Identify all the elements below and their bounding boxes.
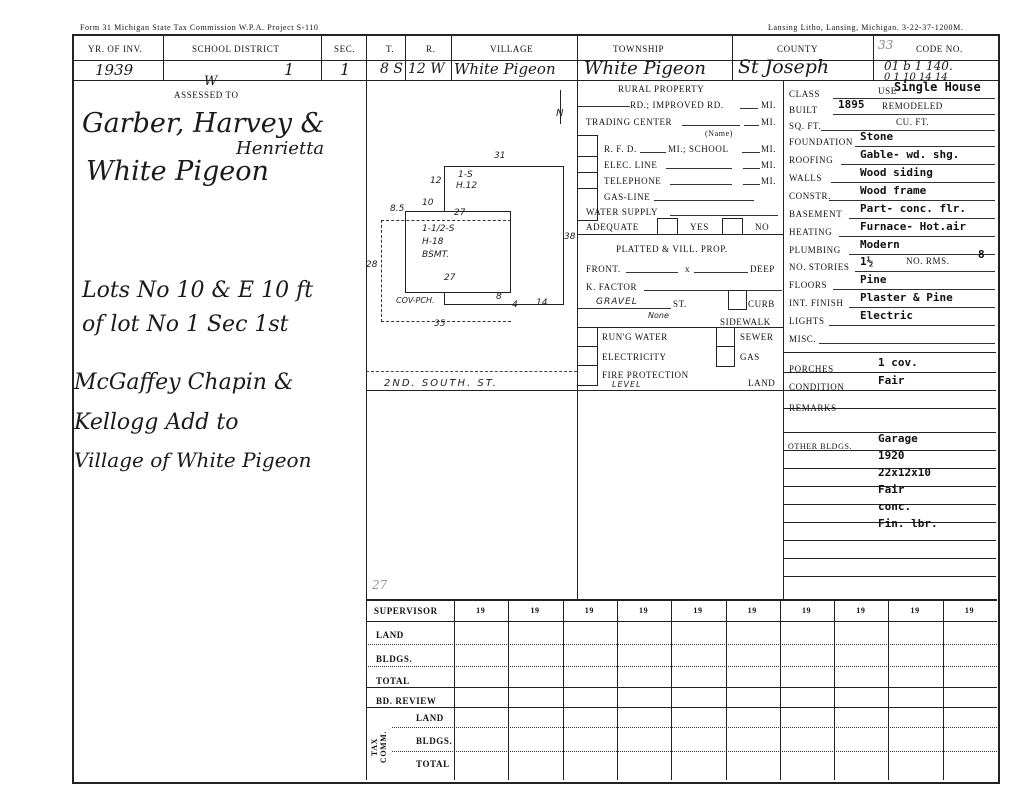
valuation-cell[interactable] xyxy=(728,689,778,705)
value-r: 12 W xyxy=(408,61,445,77)
field-line xyxy=(831,182,995,183)
valuation-cell[interactable] xyxy=(836,729,886,749)
value-county: St Joseph xyxy=(738,56,829,78)
label-yes: YES xyxy=(690,222,709,232)
table-col-line xyxy=(617,599,618,780)
valuation-cell[interactable] xyxy=(890,668,940,685)
valuation-cell[interactable] xyxy=(673,623,723,642)
field-line xyxy=(829,200,995,201)
field-line xyxy=(849,307,995,308)
valuation-cell[interactable] xyxy=(728,668,778,685)
valuation-cell[interactable] xyxy=(890,709,940,725)
valuation-cell[interactable] xyxy=(890,689,940,705)
valuation-cell[interactable] xyxy=(945,646,995,664)
other-bldg-entry[interactable]: conc. xyxy=(878,500,911,513)
value-code-no-1: 01 b 1 140. xyxy=(884,59,953,73)
value-roofing[interactable]: Gable- wd. shg. xyxy=(860,148,959,161)
dim-mid-top: 10 xyxy=(422,198,433,208)
note-main-1: 1-1/2-S xyxy=(422,224,454,234)
value-sidewalk: None xyxy=(648,311,669,320)
valuation-cell[interactable] xyxy=(945,623,995,642)
value-street: GRAVEL xyxy=(596,297,638,307)
valuation-cell[interactable] xyxy=(836,753,886,778)
valuation-cell[interactable] xyxy=(510,709,560,725)
label-bldgs: BLDGS. xyxy=(376,654,412,664)
valuation-cell[interactable] xyxy=(565,729,615,749)
valuation-cell[interactable] xyxy=(782,689,832,705)
checkbox-curb[interactable] xyxy=(728,290,747,310)
label-cu-ft: CU. FT. xyxy=(896,117,929,127)
year-column-header: 19 xyxy=(693,606,702,615)
property-sketch: N 31 12 10 8.5 27 1-S H.12 1-1/2-S H-18 … xyxy=(366,80,577,391)
label-t: T. xyxy=(386,44,394,54)
blank-line xyxy=(744,125,759,126)
valuation-cell[interactable] xyxy=(565,709,615,725)
blank-line xyxy=(640,152,666,153)
blank-line xyxy=(743,168,760,169)
table-col-line xyxy=(563,599,564,780)
col-divider xyxy=(577,34,578,599)
valuation-cell[interactable] xyxy=(836,689,886,705)
label-rd: RD.; IMPROVED RD. xyxy=(630,100,724,110)
note-upper-2: H.12 xyxy=(456,181,477,191)
col-divider xyxy=(451,34,452,80)
rural-title: RURAL PROPERTY xyxy=(618,84,704,94)
label-supervisor: SUPERVISOR xyxy=(374,606,438,616)
table-col-line xyxy=(726,599,727,780)
value-sec: 1 xyxy=(340,60,350,79)
box-divider xyxy=(577,156,597,157)
label-mi: MI. xyxy=(761,100,776,110)
label-foundation: FOUNDATION xyxy=(789,137,853,147)
label-constr: CONSTR. xyxy=(789,191,831,201)
label-trading-center: TRADING CENTER xyxy=(586,117,672,127)
label-assessed-to: ASSESSED TO xyxy=(174,90,239,100)
label-code-no: CODE NO. xyxy=(916,44,963,54)
valuation-cell[interactable] xyxy=(673,729,723,749)
valuation-cell[interactable] xyxy=(673,668,723,685)
value-built[interactable]: 1895 xyxy=(838,98,865,111)
label-lights: LIGHTS xyxy=(789,316,825,326)
street-name: 2ND. SOUTH. ST. xyxy=(384,378,498,389)
label-built: BUILT xyxy=(789,105,818,115)
other-bldg-entry[interactable]: 1920 xyxy=(878,449,905,462)
valuation-cell[interactable] xyxy=(456,729,506,749)
row-line xyxy=(783,540,996,541)
value-code-scribble: 33 xyxy=(878,38,893,52)
valuation-cell[interactable] xyxy=(782,753,832,778)
valuation-cell[interactable] xyxy=(565,646,615,664)
field-line xyxy=(841,164,995,165)
field-line xyxy=(855,146,995,147)
valuation-cell[interactable] xyxy=(945,709,995,725)
valuation-cell[interactable] xyxy=(619,729,669,749)
label-misc: MISC. xyxy=(789,334,816,344)
box-divider xyxy=(577,346,597,347)
label-front: FRONT. xyxy=(586,264,621,274)
valuation-cell[interactable] xyxy=(728,709,778,725)
valuation-cell[interactable] xyxy=(782,668,832,685)
label-remodeled: REMODELED xyxy=(882,101,943,111)
value-t: 8 S xyxy=(380,61,403,77)
valuation-cell[interactable] xyxy=(673,753,723,778)
row-line xyxy=(783,576,996,577)
value-school-district: 1 xyxy=(284,60,294,79)
valuation-cell[interactable] xyxy=(945,753,995,778)
dim-left-upper: 12 xyxy=(430,176,441,186)
blank-line xyxy=(740,108,758,109)
field-line xyxy=(849,218,995,219)
legal-desc-1: Lots No 10 & E 10 ft xyxy=(82,278,313,303)
valuation-cell[interactable] xyxy=(510,623,560,642)
table-col-line xyxy=(888,599,889,780)
col-divider xyxy=(163,34,164,80)
valuation-cell[interactable] xyxy=(782,646,832,664)
valuation-cell[interactable] xyxy=(945,729,995,749)
label-county: COUNTY xyxy=(777,44,818,54)
value-no-stories[interactable]: 1½ xyxy=(860,255,873,268)
valuation-cell[interactable] xyxy=(782,709,832,725)
note-main-3: BSMT. xyxy=(422,250,449,260)
valuation-cell[interactable] xyxy=(565,623,615,642)
blank-line xyxy=(743,184,760,185)
dim-corner: 8.5 xyxy=(390,204,404,214)
valuation-cell[interactable] xyxy=(456,668,506,685)
label-mi: MI. xyxy=(761,117,776,127)
value-village: White Pigeon xyxy=(454,60,556,78)
year-column-header: 19 xyxy=(911,606,920,615)
field-line xyxy=(855,271,995,272)
valuation-cell[interactable] xyxy=(673,646,723,664)
label-sewer: SEWER xyxy=(740,332,774,342)
section-divider xyxy=(577,327,783,328)
valuation-cell[interactable] xyxy=(836,709,886,725)
value-use: Single House xyxy=(894,80,981,94)
label-x: x xyxy=(685,264,690,274)
valuation-cell[interactable] xyxy=(565,689,615,705)
label-no-rms: NO. RMS. xyxy=(906,256,950,266)
value-yr-of-inv: 1939 xyxy=(95,61,133,79)
value-constr[interactable]: Wood frame xyxy=(860,184,926,197)
dim-bottom: 35 xyxy=(434,319,445,329)
label-remarks: REMARKS xyxy=(789,403,837,413)
assessed-name-3: White Pigeon xyxy=(86,156,269,187)
dim-inner-top: 27 xyxy=(454,208,465,218)
label-village: VILLAGE xyxy=(490,44,533,54)
label-st: ST. xyxy=(673,299,687,309)
valuation-cell[interactable] xyxy=(890,623,940,642)
value-foundation[interactable]: Stone xyxy=(860,130,893,143)
valuation-cell[interactable] xyxy=(782,729,832,749)
value-basement[interactable]: Part- conc. flr. xyxy=(860,202,966,215)
label-gas-line: GAS-LINE xyxy=(604,192,650,202)
blank-line xyxy=(644,290,782,291)
valuation-cell[interactable] xyxy=(836,646,886,664)
other-bldg-entry[interactable]: Fin. lbr. xyxy=(878,517,938,530)
section-divider xyxy=(366,390,783,391)
label-condition: CONDITION xyxy=(789,382,844,392)
value-lights[interactable]: Electric xyxy=(860,309,913,322)
row-line xyxy=(783,352,996,353)
label-tc-total: TOTAL xyxy=(416,759,450,769)
valuation-table: SUPERVISOR19191919191919191919LANDBLDGS.… xyxy=(366,599,997,780)
label-sidewalk: SIDEWALK xyxy=(720,317,771,327)
label-plumbing: PLUMBING xyxy=(789,245,841,255)
label-school-district: SCHOOL DISTRICT xyxy=(192,44,279,54)
value-condition: Fair xyxy=(878,374,905,387)
table-row-line xyxy=(366,687,997,688)
note-upper-1: 1-S xyxy=(458,170,473,180)
note-porch: COV-PCH. xyxy=(396,296,435,305)
table-row-line xyxy=(366,707,997,708)
label-r: R. xyxy=(426,44,435,54)
assessed-name-1: Garber, Harvey & xyxy=(82,108,325,139)
label-total: TOTAL xyxy=(376,676,410,686)
label-tax-comm: TAX COMM. xyxy=(370,723,388,771)
valuation-cell[interactable] xyxy=(619,753,669,778)
label-no-stories: NO. STORIES xyxy=(789,262,849,272)
blank-line xyxy=(654,200,754,201)
value-int-finish[interactable]: Plaster & Pine xyxy=(860,291,953,304)
label-gas: GAS xyxy=(740,352,760,362)
label-bd-review: BD. REVIEW xyxy=(376,696,437,706)
dim-bottom-4: 4 xyxy=(512,300,518,310)
table-col-line xyxy=(780,599,781,780)
legal-desc-4: Kellogg Add to xyxy=(74,410,238,435)
field-line xyxy=(829,325,995,326)
blank-line xyxy=(670,184,732,185)
label-tc-bldgs: BLDGS. xyxy=(416,736,452,746)
valuation-cell[interactable] xyxy=(673,689,723,705)
value-floors[interactable]: Pine xyxy=(860,273,887,286)
field-line xyxy=(833,289,995,290)
valuation-cell[interactable] xyxy=(510,753,560,778)
year-column-header: 19 xyxy=(856,606,865,615)
value-school-district-mark: W xyxy=(204,74,217,89)
checkbox-sewer-gas[interactable] xyxy=(716,327,735,367)
year-column-header: 19 xyxy=(802,606,811,615)
label-mi: MI. xyxy=(761,160,776,170)
label-mi: MI. xyxy=(761,144,776,154)
margin-scribble: 27 xyxy=(372,578,387,592)
year-column-header: 19 xyxy=(530,606,539,615)
field-line xyxy=(821,130,995,131)
valuation-cell[interactable] xyxy=(510,689,560,705)
row-line xyxy=(783,558,996,559)
valuation-cell[interactable] xyxy=(836,623,886,642)
label-tc-land: LAND xyxy=(416,713,444,723)
section-divider xyxy=(577,234,783,235)
valuation-cell[interactable] xyxy=(945,668,995,685)
label-int-finish: INT. FINISH xyxy=(789,298,843,308)
field-line xyxy=(833,114,995,115)
valuation-cell[interactable] xyxy=(456,709,506,725)
label-sec: SEC. xyxy=(334,44,355,54)
label-no: NO xyxy=(755,222,769,232)
blank-line xyxy=(742,152,760,153)
valuation-cell[interactable] xyxy=(510,646,560,664)
label-elec-line: ELEC. LINE xyxy=(604,160,658,170)
other-bldg-entry[interactable]: Garage xyxy=(878,432,918,445)
value-walls[interactable]: Wood siding xyxy=(860,166,933,179)
col-divider xyxy=(732,34,733,80)
valuation-cell[interactable] xyxy=(728,753,778,778)
box-divider xyxy=(577,365,597,366)
col-divider xyxy=(321,34,322,80)
blank-line xyxy=(578,106,630,107)
valuation-cell[interactable] xyxy=(456,689,506,705)
col-divider xyxy=(405,34,406,80)
label-telephone: TELEPHONE xyxy=(604,176,661,186)
valuation-cell[interactable] xyxy=(619,709,669,725)
table-col-line xyxy=(454,599,455,780)
dim-bottom-small: 8 xyxy=(496,292,502,302)
table-top xyxy=(366,599,997,601)
label-township: TOWNSHIP xyxy=(613,44,664,54)
label-porches: PORCHES xyxy=(789,364,834,374)
form-title: Form 31 Michigan State Tax Commission W.… xyxy=(80,23,318,32)
valuation-cell[interactable] xyxy=(836,668,886,685)
dotted-line xyxy=(392,751,997,752)
label-other-bldgs: OTHER BLDGS. xyxy=(788,442,852,451)
label-floors: FLOORS xyxy=(789,280,827,290)
label-k-factor: K. FACTOR xyxy=(586,282,637,292)
year-column-header: 19 xyxy=(965,606,974,615)
label-mi: MI. xyxy=(761,176,776,186)
label-heating: HEATING xyxy=(789,227,832,237)
label-sq-ft: SQ. FT. xyxy=(789,121,821,131)
table-col-line xyxy=(834,599,835,780)
note-main-2: H-18 xyxy=(422,237,443,247)
label-land: LAND xyxy=(376,630,404,640)
blank-line xyxy=(670,215,778,216)
valuation-cell[interactable] xyxy=(565,668,615,685)
dim-inner-bottom: 27 xyxy=(444,273,455,283)
box-divider xyxy=(577,188,597,189)
valuation-cell[interactable] xyxy=(510,729,560,749)
value-plumbing[interactable]: Modern xyxy=(860,238,900,251)
valuation-cell[interactable] xyxy=(456,753,506,778)
label-roofing: ROOFING xyxy=(789,155,833,165)
valuation-cell[interactable] xyxy=(890,729,940,749)
year-column-header: 19 xyxy=(585,606,594,615)
label-name: (Name) xyxy=(705,129,733,138)
value-no-rms: 8 xyxy=(978,248,985,261)
label-running-water: RUN'G WATER xyxy=(602,332,668,342)
label-class: CLASS xyxy=(789,89,820,99)
dim-top: 31 xyxy=(494,151,505,161)
value-land: LEVEL xyxy=(612,380,642,389)
valuation-cell[interactable] xyxy=(728,729,778,749)
blank-line xyxy=(666,168,732,169)
valuation-cell[interactable] xyxy=(510,668,560,685)
valuation-cell[interactable] xyxy=(619,646,669,664)
checkbox-no[interactable] xyxy=(722,218,743,235)
label-basement: BASEMENT xyxy=(789,209,842,219)
label-water-supply: WATER SUPPLY xyxy=(586,207,658,217)
table-col-line xyxy=(943,599,944,780)
valuation-cell[interactable] xyxy=(619,623,669,642)
printer-credit: Lansing Litho, Lansing, Michigan. 3-22-3… xyxy=(768,23,963,32)
checkbox-utilities[interactable] xyxy=(577,327,598,386)
other-bldg-entry[interactable]: 22x12x10 xyxy=(878,466,931,479)
box-divider xyxy=(716,346,734,347)
table-row-line xyxy=(366,621,997,622)
dim-bottom-14: 14 xyxy=(536,298,547,308)
legal-desc-5: Village of White Pigeon xyxy=(74,448,311,472)
table-col-line xyxy=(508,599,509,780)
year-column-header: 19 xyxy=(476,606,485,615)
year-column-header: 19 xyxy=(748,606,757,615)
value-heating[interactable]: Furnace- Hot.air xyxy=(860,220,966,233)
label-walls: WALLS xyxy=(789,173,822,183)
label-deep: DEEP xyxy=(750,264,775,274)
box-divider xyxy=(577,172,597,173)
label-curb: CURB xyxy=(748,299,775,309)
checkbox-yes[interactable] xyxy=(657,218,678,235)
valuation-cell[interactable] xyxy=(619,689,669,705)
table-col-line xyxy=(671,599,672,780)
col-divider xyxy=(873,34,874,80)
valuation-cell[interactable] xyxy=(619,668,669,685)
valuation-cell[interactable] xyxy=(728,646,778,664)
field-line xyxy=(839,236,995,237)
dotted-line xyxy=(366,666,997,667)
north-arrow-icon: N xyxy=(556,108,563,119)
legal-desc-3: McGaffey Chapin & xyxy=(74,370,294,395)
dotted-line xyxy=(392,727,997,728)
valuation-cell[interactable] xyxy=(890,753,940,778)
valuation-cell[interactable] xyxy=(890,646,940,664)
dim-right: 38 xyxy=(564,232,575,242)
dotted-line xyxy=(366,644,997,645)
label-adequate: ADEQUATE xyxy=(586,222,639,232)
label-yr-of-inv: YR. OF INV. xyxy=(88,44,142,54)
valuation-cell[interactable] xyxy=(456,646,506,664)
blank-line xyxy=(577,308,671,309)
blank-line xyxy=(694,272,748,273)
blank-line xyxy=(682,125,740,126)
field-line xyxy=(819,343,995,344)
valuation-cell[interactable] xyxy=(565,753,615,778)
platted-title: PLATTED & VILL. PROP. xyxy=(616,244,728,254)
label-mi-school: MI.; SCHOOL xyxy=(668,144,729,154)
blank-line xyxy=(626,272,678,273)
valuation-cell[interactable] xyxy=(673,709,723,725)
legal-desc-2: of lot No 1 Sec 1st xyxy=(82,312,289,337)
valuation-cell[interactable] xyxy=(728,623,778,642)
value-porches: 1 cov. xyxy=(878,356,918,369)
value-township: White Pigeon xyxy=(584,58,706,79)
label-fire-protection: FIRE PROTECTION xyxy=(602,370,689,380)
label-electricity: ELECTRICITY xyxy=(602,352,667,362)
valuation-cell[interactable] xyxy=(456,623,506,642)
label-land: LAND xyxy=(748,378,775,388)
year-column-header: 19 xyxy=(639,606,648,615)
other-bldg-entry[interactable]: Fair xyxy=(878,483,905,496)
dim-left: 28 xyxy=(366,260,377,270)
label-rfd: R. F. D. xyxy=(604,144,637,154)
valuation-cell[interactable] xyxy=(782,623,832,642)
valuation-cell[interactable] xyxy=(945,689,995,705)
